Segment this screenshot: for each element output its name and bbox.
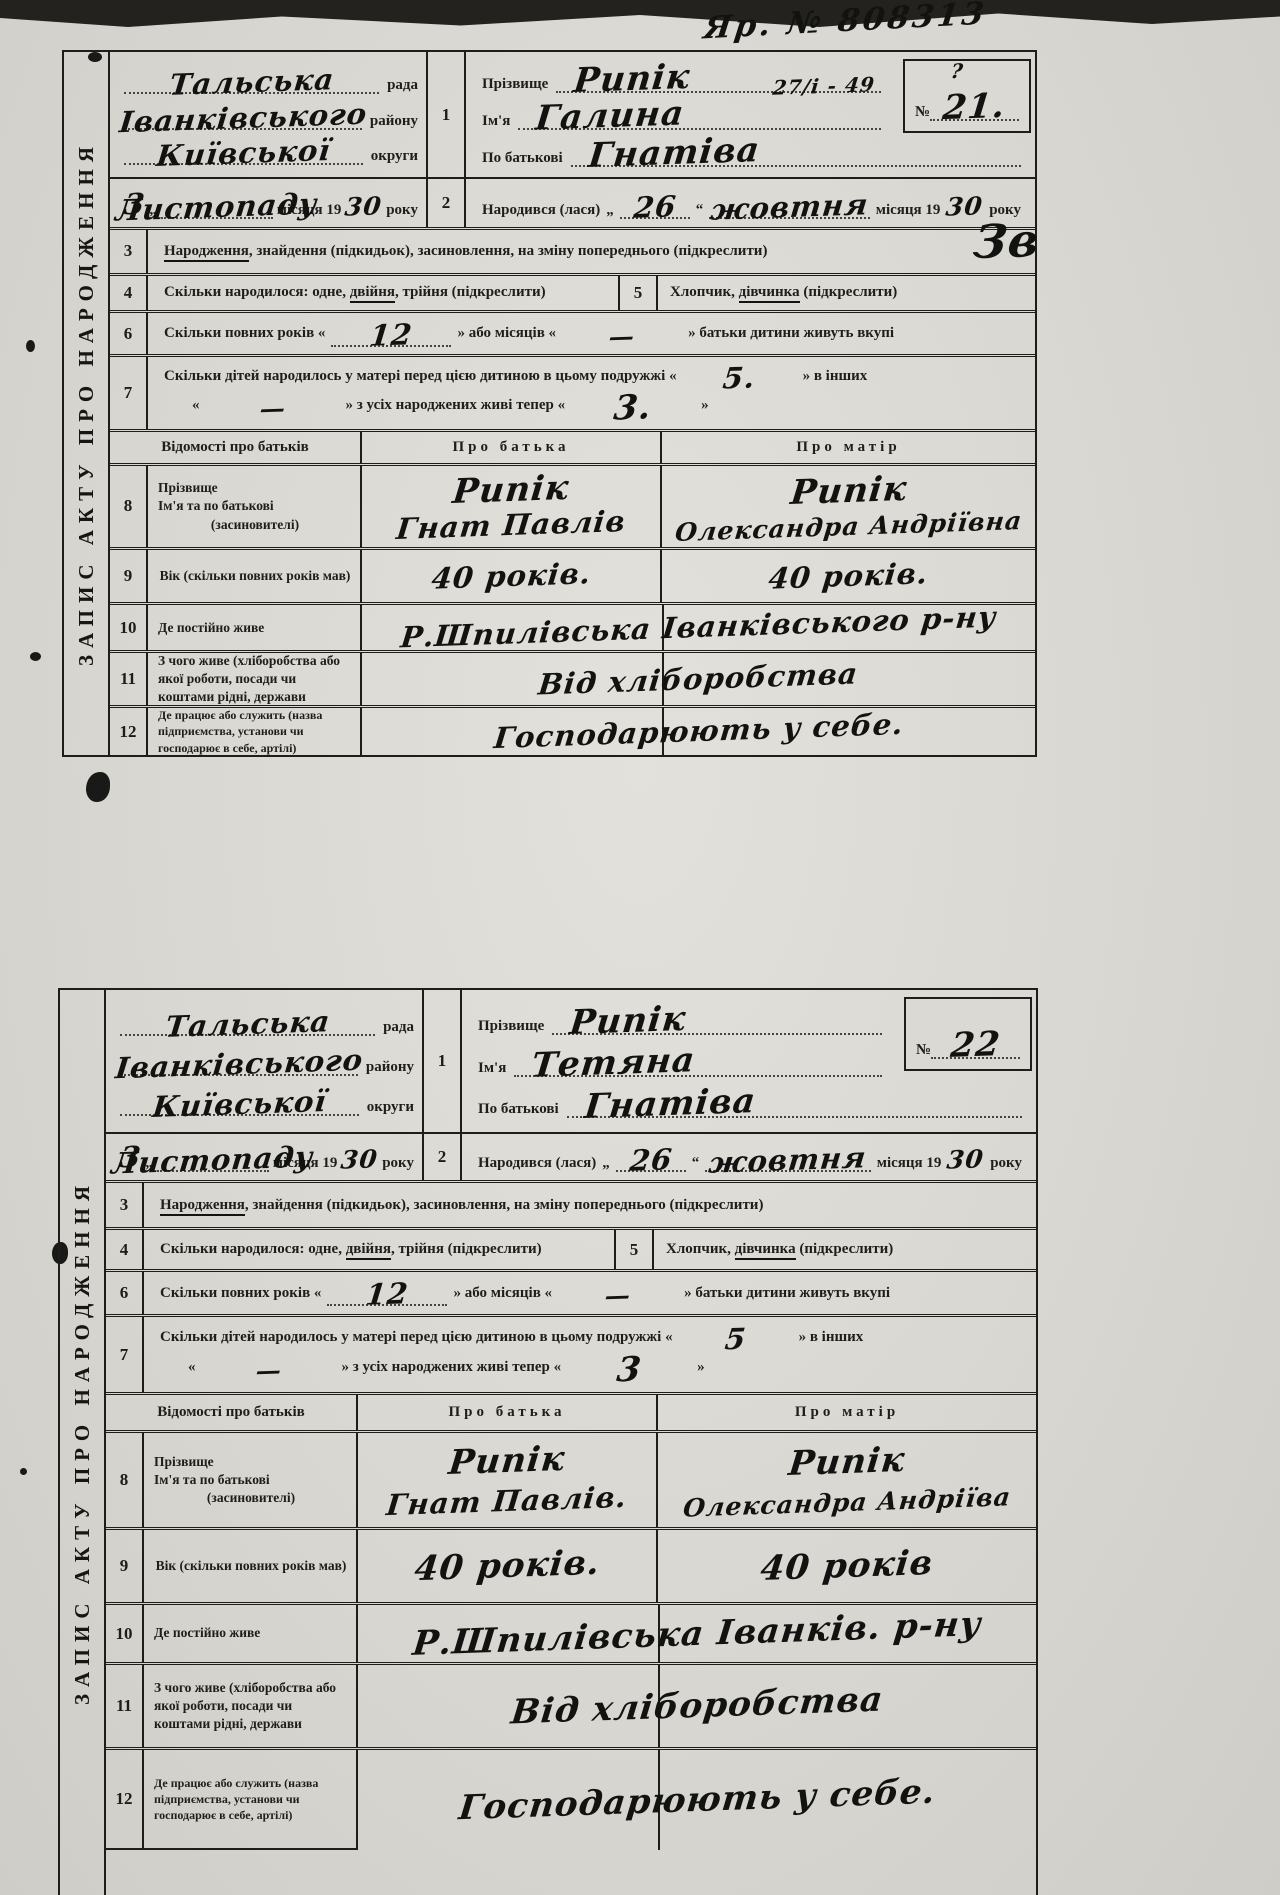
district-label: району [370,113,418,130]
born-label: Народився (лася) [482,202,600,219]
birth-record-21: ЗАПИС АКТУ ПРО НАРОДЖЕННЯ Тальська рада … [62,50,1037,757]
reg-year-label: року [382,1155,414,1172]
row-9-parent-ages: 9 Вік (скільки повних років мав) 40 рокі… [110,547,1035,603]
children-in-others-value: — [258,395,287,421]
row5-post: (підкреслити) [803,284,897,300]
number-sign: № [916,1042,931,1059]
birth-month-label: місяця 19 [877,1155,942,1172]
row-number-3: 3 [110,230,148,273]
row7-p4: » з усіх народжених живі тепер « [346,397,566,414]
record-body: Тальська рада Іванківського району Київс… [110,52,1035,755]
scan-edge-band [0,0,1280,30]
birth-month-label: місяця 19 [876,202,941,219]
district-value: Іванківського [118,99,369,137]
record-number-box: ? № 21. [903,59,1031,133]
quote-open: „ [606,202,614,219]
council-label: рада [383,1019,414,1036]
row5-underlined: дівчинка [735,1241,796,1260]
record-body: Тальська рада Іванківського району Київс… [106,990,1036,1895]
row-7-children-count: 7 Скільки дітей народилось у матері пере… [106,1314,1036,1392]
row-number-6: 6 [110,313,148,354]
row3-text: , знайдення (підкидьок), засиновлення, н… [249,243,768,259]
row7-p3: « [192,397,200,414]
row5-underlined: дівчинка [739,284,800,303]
ink-spot [20,1468,27,1475]
row7-p5: » [701,397,709,414]
row3-underlined: Народження [160,1197,245,1216]
okruha-label: округи [367,1099,414,1116]
firstname-label: Ім'я [482,113,510,130]
parents-table-header: Відомості про батьків Про батька Про мат… [110,429,1035,463]
header-row-identity: Тальська рада Іванківського району Київс… [110,52,1035,177]
row4-underlined: двійня [350,284,395,303]
header-about-father: Про батька [448,1404,565,1421]
row7-p5: » [697,1359,705,1376]
child-patronymic-value: Гнатіва [583,1084,758,1124]
row3-hand-mark: Зв [971,217,1042,265]
row7-p1: Скільки дітей народилось у матері перед … [160,1329,673,1346]
row-number-2: 2 [424,1134,462,1180]
record-number-value: 22 [949,1027,1002,1063]
row-number-4: 4 [106,1230,144,1269]
side-label-strip: ЗАПИС АКТУ ПРО НАРОДЖЕННЯ [60,990,106,1895]
council-cell: Тальська рада Іванківського району Київс… [110,52,428,177]
child-patronymic-value: Гнатіва [587,133,762,173]
row7-p4: » з усіх народжених живі тепер « [342,1359,562,1376]
row9-label: Вік (скільки повних років мав) [154,1557,348,1575]
row-number-11: 11 [106,1665,144,1747]
row-number-5: 5 [620,276,658,311]
row8-label-3: (засиновителі) [158,516,352,534]
side-label-strip: ЗАПИС АКТУ ПРО НАРОДЖЕННЯ [64,52,110,755]
row-number-8: 8 [110,466,148,546]
row-number-4: 4 [110,276,148,311]
row7-p2: » в інших [803,368,868,385]
surname-label: Прізвище [478,1018,544,1035]
row-number-11: 11 [110,653,148,705]
full-years-value: 12 [369,320,415,350]
mother-age-value: 40 років. [767,559,930,594]
residence-value: Р.Шпилівська Іванків. р-ну [411,1607,983,1661]
row-number-7: 7 [106,1317,144,1392]
birth-day-value: 26 [632,192,678,222]
header-about-mother: Про матір [795,1404,899,1421]
council-value: Тальська [168,65,336,100]
mother-age-value: 40 років [759,1546,935,1586]
row6-p3: » батьки дитини живуть вкупі [688,325,894,342]
row-number-10: 10 [110,605,148,650]
birth-day-value: 26 [628,1145,674,1175]
livelihood-value: Від хліборобства [537,659,860,699]
side-label: ЗАПИС АКТУ ПРО НАРОДЖЕННЯ [70,1179,95,1705]
child-firstname-value: Тетяна [530,1043,697,1083]
row-3-birth-type: 3 Народження, знайдення (підкидьок), зас… [110,227,1035,273]
row8-label-1: Прізвище [154,1453,348,1471]
father-age-value: 40 років. [430,559,593,594]
record-number-value: 21. [942,89,1008,125]
row-number-8: 8 [106,1433,144,1527]
surname-label: Прізвище [482,76,548,93]
row3-text: , знайдення (підкидьок), засиновлення, н… [245,1197,764,1213]
patronymic-label: По батькові [478,1101,559,1118]
row5-pre: Хлопчик, [670,284,735,300]
full-months-value: — [608,323,637,349]
row8-label-2: Ім'я та по батькові [158,497,352,515]
ink-blot [86,772,110,802]
district-label: району [366,1059,414,1076]
row8-label-3: (засиновителі) [154,1489,348,1507]
row11-label: З чого живе (хліборобства або якої робот… [154,1679,348,1734]
side-label: ЗАПИС АКТУ ПРО НАРОДЖЕННЯ [74,140,99,666]
record-number-box: № 22 [904,997,1032,1071]
row4-post: , трійня (підкреслити) [391,1241,542,1257]
row-8-parent-names: 8 Прізвище Ім'я та по батькові (засинови… [106,1430,1036,1527]
row-number-7: 7 [110,357,148,430]
mother-surname-value: Рипік [787,1443,907,1481]
row6-p3: » батьки дитини живуть вкупі [684,1285,890,1302]
council-label: рада [387,77,418,94]
residence-value: Р.Шпилівська Іванківського р-ну [399,603,998,653]
reg-year-value: 30 [340,1146,380,1172]
row7-p2: » в інших [799,1329,864,1346]
mother-name-value: Олександра Андріїва [682,1484,1012,1520]
father-surname-value: Рипік [447,1442,567,1480]
quote-close: “ [696,202,704,219]
council-cell: Тальська рада Іванківського району Київс… [106,990,424,1132]
council-value: Тальська [164,1007,332,1042]
full-months-value: — [604,1283,633,1309]
archive-annotation: Яр. № 808313 [705,6,986,37]
row-8-parent-names: 8 Прізвище Ім'я та по батькові (засинови… [110,463,1035,546]
birth-record-22: ЗАПИС АКТУ ПРО НАРОДЖЕННЯ Тальська рада … [58,988,1038,1895]
row-number-12: 12 [110,708,148,755]
mother-surname-value: Рипік [788,472,908,510]
reg-year-value: 30 [344,193,384,219]
row-9-parent-ages: 9 Вік (скільки повних років мав) 40 рокі… [106,1527,1036,1602]
children-before-value: 5 [723,1325,747,1355]
number-note: ? [950,61,965,81]
row12-label: Де працює або служить (назва підприємств… [154,1775,348,1824]
row3-underlined: Народження [164,243,249,262]
district-value: Іванківського [114,1046,365,1084]
row-number-9: 9 [110,550,148,603]
row-4-5-multiples-sex: 4 Скільки народилося: одне, двійня, трій… [106,1227,1036,1269]
ink-spot [26,340,35,352]
full-years-value: 12 [365,1279,411,1309]
occupation-value: Господарюють у себе. [457,1775,937,1826]
row-10-residence: 10 Де постійно живе Р.Шпилівська Іванків… [110,602,1035,650]
birth-date-cell: Народився (лася) „ 26 “ жовтня місяця 19… [466,179,1035,227]
livelihood-value: Від хліборобства [509,1683,885,1730]
quote-open: „ [602,1155,610,1172]
row12-label: Де працює або служить (назва підприємств… [158,707,352,756]
reg-month-value: Листопаду [110,1143,315,1179]
row10-label: Де постійно живе [158,619,352,637]
child-surname-value: Рипік [572,60,692,98]
father-name-value: Гнат Павлів. [385,1483,628,1520]
born-label: Народився (лася) [478,1155,596,1172]
row-12-occupation: 12 Де працює або служить (назва підприєм… [106,1747,1036,1895]
header-about-father: Про батька [452,439,569,456]
children-in-others-value: — [254,1357,283,1383]
row-number-12: 12 [106,1750,144,1848]
birth-date-cell: Народився (лася) „ 26 “ жовтня місяця 19… [462,1134,1036,1180]
children-alive-value: 3 [615,1353,643,1388]
birth-year-value: 30 [946,1146,986,1172]
row-number-3: 3 [106,1183,144,1227]
row-number-9: 9 [106,1530,144,1602]
row11-label: З чого живе (хліборобства або якої робот… [158,652,352,707]
row-10-residence: 10 Де постійно живе Р.Шпилівська Іванків… [106,1602,1036,1662]
birth-year-label: року [990,1155,1022,1172]
header-parents-info: Відомості про батьків [157,1404,305,1421]
number-sign: № [915,104,930,121]
margin-date-note: 27/і - 49 [772,74,876,98]
row-11-livelihood: 11 З чого живе (хліборобства або якої ро… [106,1662,1036,1747]
row-number-1: 1 [424,990,462,1132]
row-number-5: 5 [616,1230,654,1269]
row-7-children-count: 7 Скільки дітей народилось у матері пере… [110,354,1035,430]
mother-name-value: Олександра Андріївна [674,508,1024,545]
row-11-livelihood: 11 З чого живе (хліборобства або якої ро… [110,650,1035,705]
row6-p1: Скільки повних років « [164,325,325,342]
header-about-mother: Про матір [796,439,900,456]
header-parents-info: Відомості про батьків [161,439,309,456]
row5-post: (підкреслити) [799,1241,893,1257]
row4-underlined: двійня [346,1241,391,1260]
registration-date-cell: 3 „ Листопаду місяця 19 30 року [110,179,428,227]
birth-month-value: жовтня [708,1143,869,1177]
row8-label-1: Прізвище [158,479,352,497]
row7-p3: « [188,1359,196,1376]
father-age-value: 40 років. [412,1546,601,1586]
row4-pre: Скільки народилося: одне, [160,1241,342,1257]
row6-p2: » або місяців « [457,325,556,342]
firstname-label: Ім'я [478,1060,506,1077]
row5-pre: Хлопчик, [666,1241,731,1257]
reg-month-value: Листопаду [114,189,319,225]
row-4-5-multiples-sex: 4 Скільки народилося: одне, двійня, трій… [110,273,1035,311]
birth-month-value: жовтня [709,190,870,224]
child-surname-value: Рипік [568,1002,688,1040]
parents-table-header: Відомості про батьків Про батька Про мат… [106,1392,1036,1430]
row6-p2: » або місяців « [453,1285,552,1302]
children-alive-value: 3. [612,391,653,426]
quote-close: “ [692,1155,700,1172]
row-12-occupation: 12 Де працює або служить (назва підприєм… [110,705,1035,755]
father-name-value: Гнат Павлів [395,507,627,544]
row-number-10: 10 [106,1605,144,1662]
child-firstname-value: Галина [534,96,686,135]
reg-year-label: року [386,202,418,219]
children-before-value: 5. [722,364,757,394]
row-number-6: 6 [106,1272,144,1314]
okruha-value: Київської [155,136,332,171]
scanned-birth-register-page: { "page": { "top_annotation": "Яр. № 808… [0,0,1280,1895]
header-row-dates: 3 „ Листопаду місяця 19 30 року 2 Народи… [106,1132,1036,1180]
row6-p1: Скільки повних років « [160,1285,321,1302]
archive-number-handwriting: Яр. № 808313 [702,0,989,44]
row4-pre: Скільки народилося: одне, [164,284,346,300]
father-surname-value: Рипік [451,471,571,509]
row8-label-2: Ім'я та по батькові [154,1471,348,1489]
row-number-1: 1 [428,52,466,177]
row7-p1: Скільки дітей народилось у матері перед … [164,368,677,385]
row-3-birth-type: 3 Народження, знайдення (підкидьок), зас… [106,1180,1036,1227]
registration-date-cell: 3 „ Листопаду місяця 19 30 року [106,1134,424,1180]
row9-label: Вік (скільки повних років мав) [158,567,352,585]
occupation-value: Господарюють у себе. [492,710,905,753]
header-row-identity: Тальська рада Іванківського району Київс… [106,990,1036,1132]
okruha-value: Київської [151,1087,328,1122]
row-number-2: 2 [428,179,466,227]
ink-spot [30,652,41,661]
row10-label: Де постійно живе [154,1624,348,1642]
row4-post: , трійня (підкреслити) [395,284,546,300]
okruha-label: округи [371,148,418,165]
row-6-parents-years-together: 6 Скільки повних років « 12 » або місяці… [106,1269,1036,1314]
patronymic-label: По батькові [482,150,563,167]
row-6-parents-years-together: 6 Скільки повних років « 12 » або місяці… [110,310,1035,354]
header-row-dates: 3 „ Листопаду місяця 19 30 року 2 Народи… [110,177,1035,227]
